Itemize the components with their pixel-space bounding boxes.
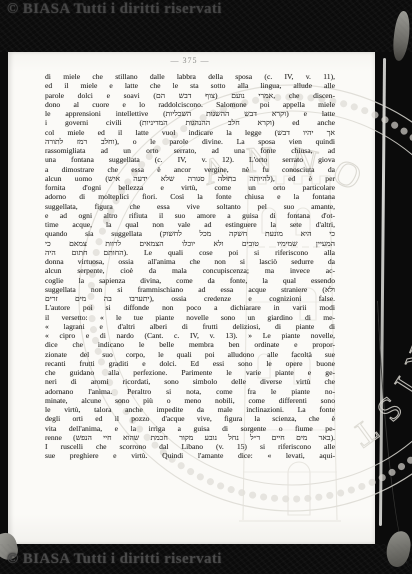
scanned-page xyxy=(8,52,375,544)
page-corner-top-right xyxy=(391,10,412,61)
copyright-watermark-bottom: © BIASA Tutti i diritti riservati xyxy=(7,551,222,568)
copyright-watermark-top: © BIASA Tutti i diritti riservati xyxy=(7,1,222,18)
book-fore-edge xyxy=(379,58,386,526)
